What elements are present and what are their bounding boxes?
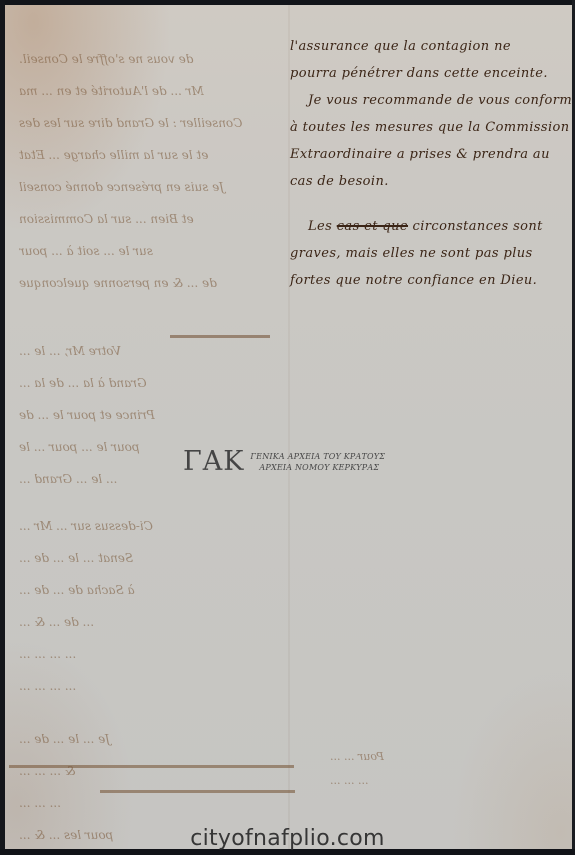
bleed-line: ... ... ... ... bbox=[19, 670, 289, 702]
manuscript-line: pourra pénétrer dans cette enceinte. bbox=[290, 60, 570, 87]
manuscript-line: Les cas et que circonstances sont bbox=[308, 219, 543, 234]
bleed-line: ... ... ... ... bbox=[19, 638, 289, 670]
manuscript-line: fortes que notre confiance en Dieu. bbox=[290, 267, 570, 294]
manuscript-line: l'assurance que la contagion ne bbox=[290, 33, 570, 60]
bleed-line: Prince et pour le ... de bbox=[19, 399, 289, 431]
manuscript-page: de vous ne s'offre le Conseil. Mr ... de… bbox=[5, 5, 572, 849]
archive-stamp-line2: ΑΡΧΕΙΑ ΝΟΜΟΥ ΚΕΡΚΥΡΑΣ bbox=[250, 462, 385, 473]
archive-stamp-text: ΓΕΝΙΚΑ ΑΡΧΕΙΑ ΤΟΥ ΚΡΑΤΟΥΣ ΑΡΧΕΙΑ ΝΟΜΟΥ Κ… bbox=[250, 451, 385, 473]
archive-stamp: ΓΑΚ ΓΕΝΙΚΑ ΑΡΧΕΙΑ ΤΟΥ ΚΡΑΤΟΥΣ ΑΡΧΕΙΑ ΝΟΜ… bbox=[183, 446, 385, 477]
archive-stamp-line1: ΓΕΝΙΚΑ ΑΡΧΕΙΑ ΤΟΥ ΚΡΑΤΟΥΣ bbox=[250, 451, 385, 462]
bleed-line: Votre Mr, ... le ... bbox=[19, 335, 289, 367]
bleed-line: ... de ... & ... bbox=[19, 606, 289, 638]
manuscript-line: cas de besoin. bbox=[290, 168, 570, 195]
bleed-line: ... ... ... bbox=[330, 774, 368, 787]
bleed-line: Pour ... ... bbox=[330, 750, 384, 763]
bleed-line: Conseiller : le Grand dire sur les des bbox=[19, 107, 289, 139]
bleed-line: sur le ... soit à ... pour bbox=[19, 235, 289, 267]
bleed-strikethrough bbox=[9, 765, 294, 768]
manuscript-line: Extraordinaire a prises & prendra au bbox=[290, 141, 570, 168]
bleed-line: Je ... le ... de ... bbox=[19, 723, 289, 755]
bleed-through-text-lower: Ci-dessus sur ... Mr ... Senat ... le ..… bbox=[19, 510, 289, 702]
bleed-line: Ci-dessus sur ... Mr ... bbox=[19, 510, 289, 542]
manuscript-line: Je vous recommande de vous conformer bbox=[290, 87, 570, 114]
manuscript-line: graves, mais elles ne sont pas plus bbox=[290, 240, 570, 267]
bleed-line: de vous ne s'offre le Conseil. bbox=[19, 43, 289, 75]
bleed-line: Grand à la ... de la ... bbox=[19, 367, 289, 399]
bleed-through-text-top: de vous ne s'offre le Conseil. Mr ... de… bbox=[19, 43, 289, 299]
manuscript-line: à toutes les mesures que la Commission bbox=[290, 114, 570, 141]
bleed-line: Je suis en présence donné conseil bbox=[19, 171, 289, 203]
struck-text: cas et que bbox=[337, 219, 408, 234]
bleed-line: Senat ... le ... de ... bbox=[19, 542, 289, 574]
bleed-through-signature: Pour ... ... ... ... ... bbox=[330, 745, 460, 793]
bleed-line: Mr ... de l'Autorité et en ... ma bbox=[19, 75, 289, 107]
site-watermark: cityofnafplio.com bbox=[0, 826, 575, 851]
bleed-strikethrough bbox=[100, 790, 295, 793]
manuscript-line-with-strike: Les cas et que circonstances sont bbox=[290, 213, 570, 240]
manuscript-text: l'assurance que la contagion ne pourra p… bbox=[290, 33, 570, 294]
paragraph-gap bbox=[290, 195, 570, 213]
bleed-line: et le sur la mille charge ... Etat bbox=[19, 139, 289, 171]
archive-logo: ΓΑΚ bbox=[183, 446, 244, 477]
bleed-line: de ... & en personne quelconque bbox=[19, 267, 289, 299]
bleed-line: & ... ... ... bbox=[19, 755, 289, 787]
bleed-line: et Bien ... sur la Commission bbox=[19, 203, 289, 235]
bleed-line: à Sacha de ... de ... bbox=[19, 574, 289, 606]
